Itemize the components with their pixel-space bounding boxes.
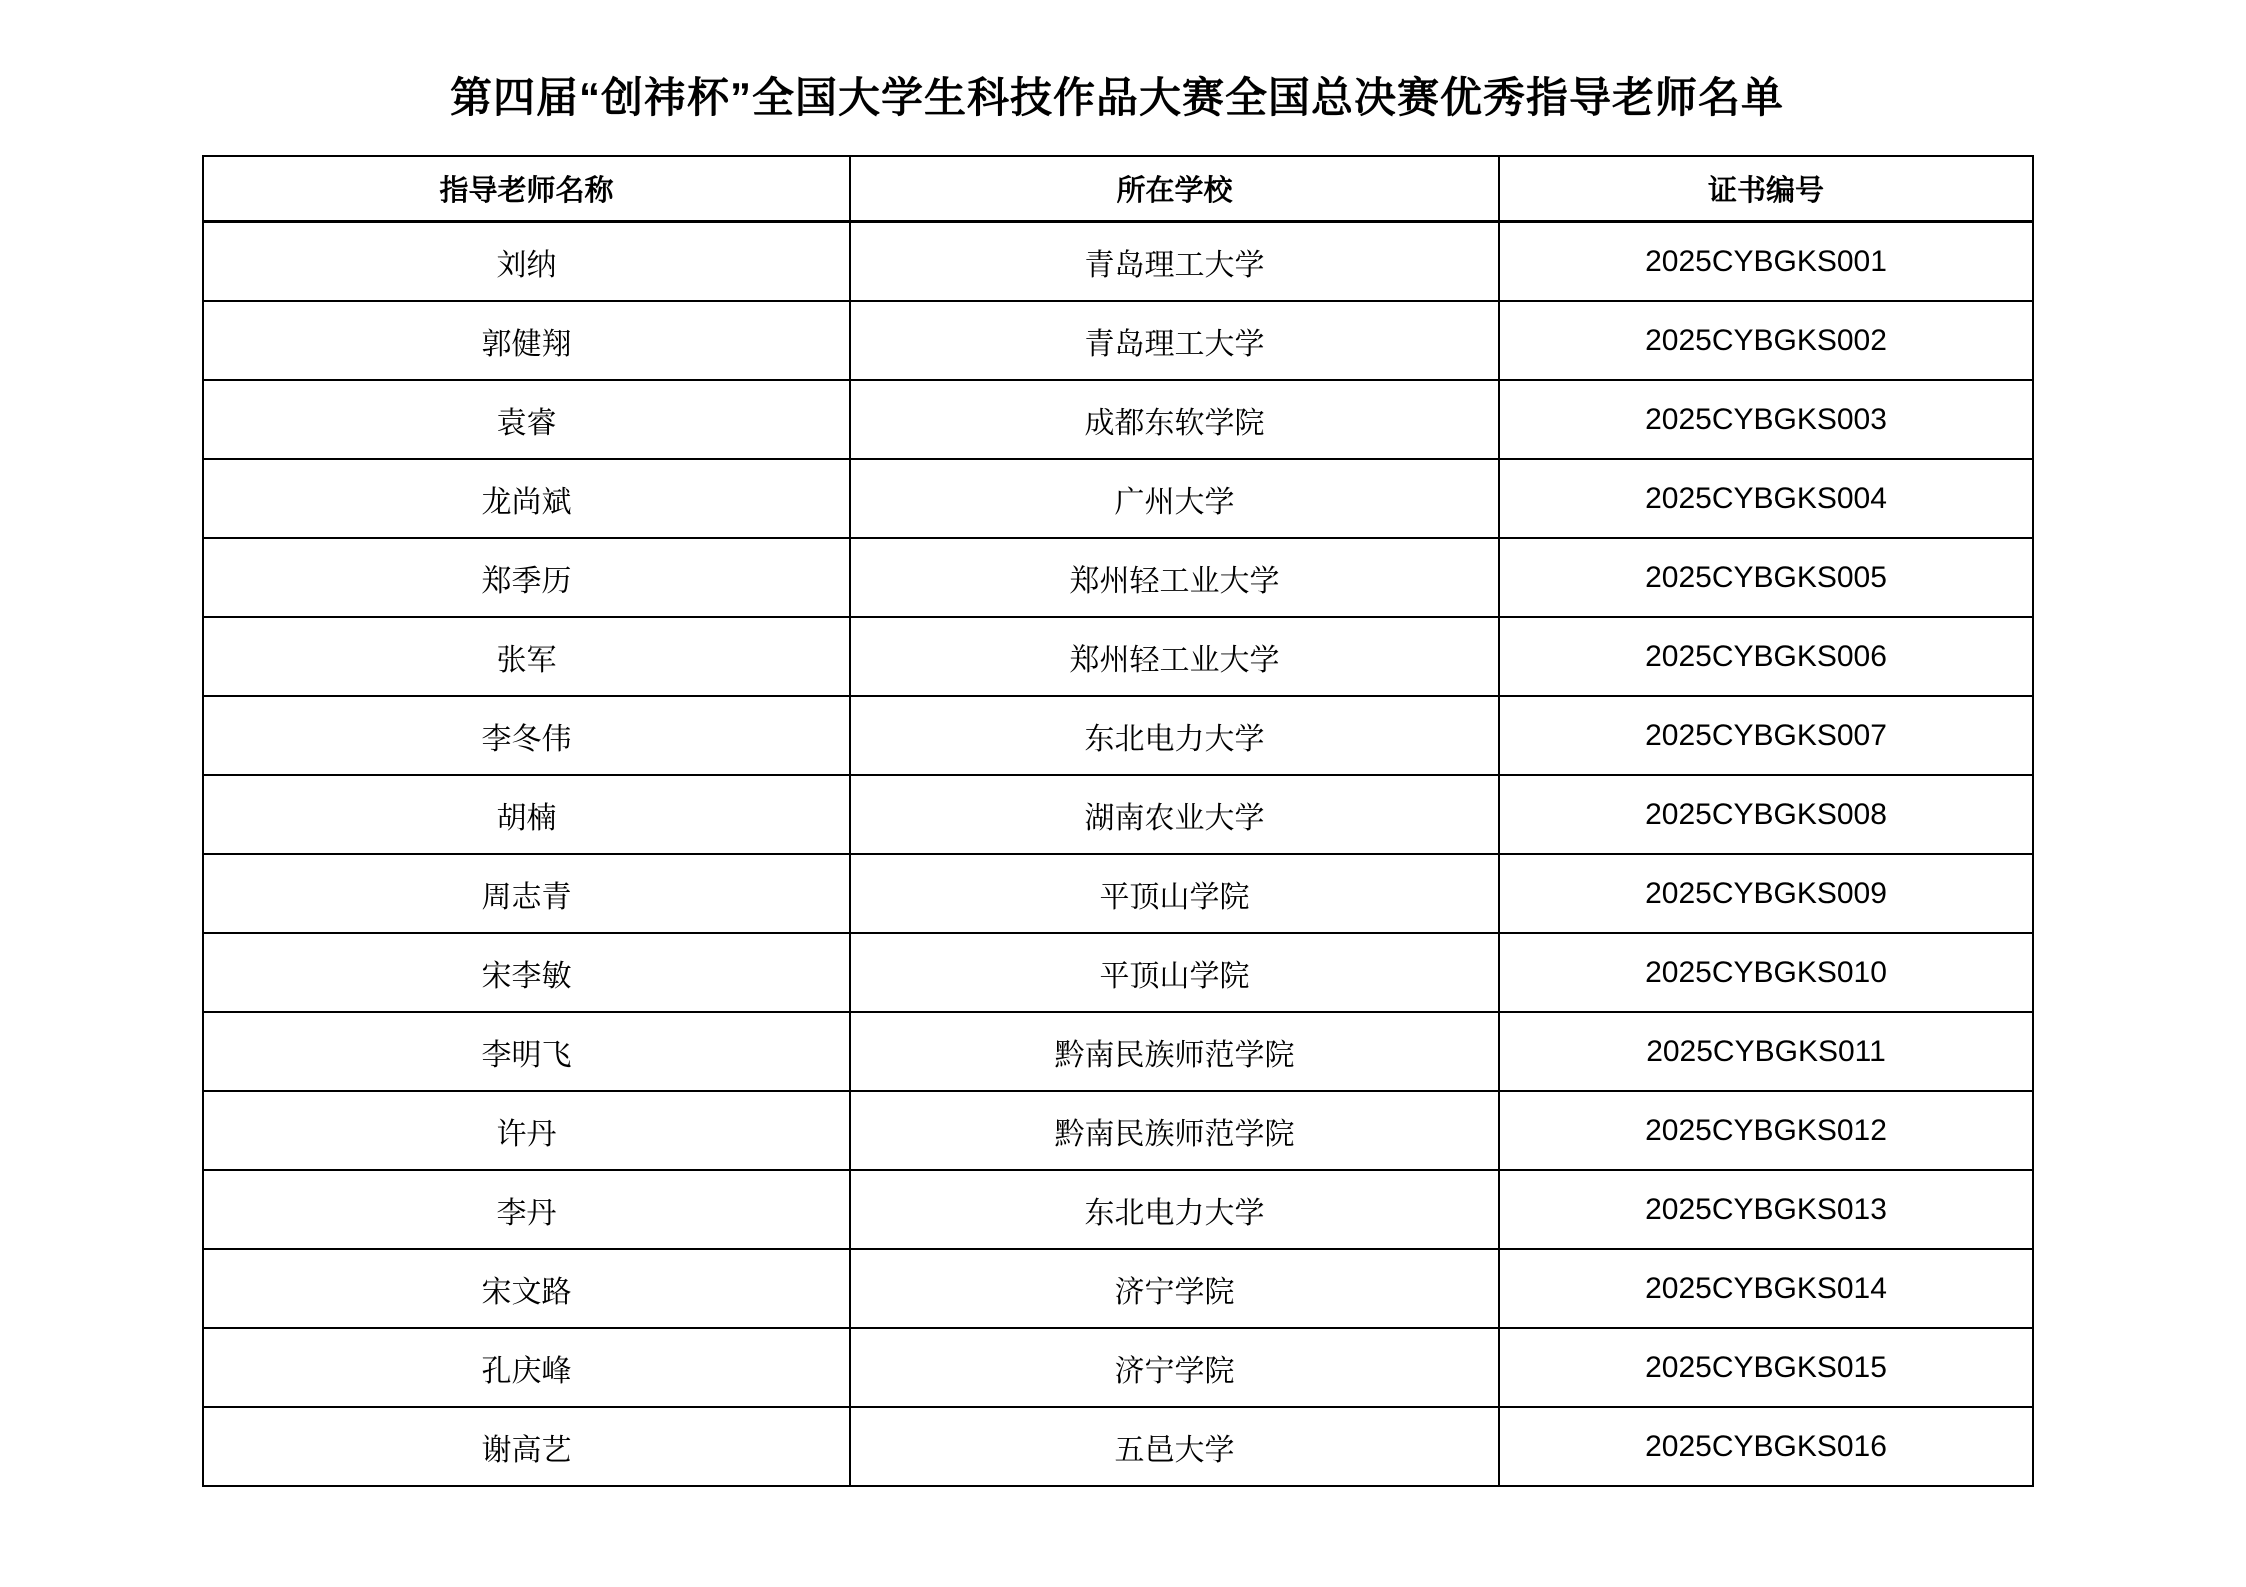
certificate-cell: 2025CYBGKS001 [1499, 222, 2033, 302]
header-cell-certificate-number: 证书编号 [1499, 156, 2033, 222]
table-header-row: 指导老师名称 所在学校 证书编号 [203, 156, 2033, 222]
certificate-cell: 2025CYBGKS008 [1499, 775, 2033, 854]
table-row: 龙尚斌广州大学2025CYBGKS004 [203, 459, 2033, 538]
teacher-name-cell: 周志青 [203, 854, 850, 933]
table-row: 袁睿成都东软学院2025CYBGKS003 [203, 380, 2033, 459]
table-row: 宋文路济宁学院2025CYBGKS014 [203, 1249, 2033, 1328]
certificate-cell: 2025CYBGKS003 [1499, 380, 2033, 459]
teacher-name-cell: 郭健翔 [203, 301, 850, 380]
school-cell: 东北电力大学 [850, 1170, 1499, 1249]
certificate-cell: 2025CYBGKS010 [1499, 933, 2033, 1012]
school-cell: 平顶山学院 [850, 933, 1499, 1012]
table-row: 谢高艺五邑大学2025CYBGKS016 [203, 1407, 2033, 1486]
page-title: 第四届“创祎杯”全国大学生科技作品大赛全国总决赛优秀指导老师名单 [202, 0, 2032, 124]
certificate-cell: 2025CYBGKS011 [1499, 1012, 2033, 1091]
teacher-name-cell: 李明飞 [203, 1012, 850, 1091]
school-cell: 湖南农业大学 [850, 775, 1499, 854]
school-cell: 成都东软学院 [850, 380, 1499, 459]
table-row: 周志青平顶山学院2025CYBGKS009 [203, 854, 2033, 933]
teacher-name-cell: 孔庆峰 [203, 1328, 850, 1407]
table-row: 宋李敏平顶山学院2025CYBGKS010 [203, 933, 2033, 1012]
school-cell: 青岛理工大学 [850, 222, 1499, 302]
certificate-cell: 2025CYBGKS014 [1499, 1249, 2033, 1328]
school-cell: 济宁学院 [850, 1328, 1499, 1407]
table-body: 刘纳青岛理工大学2025CYBGKS001郭健翔青岛理工大学2025CYBGKS… [203, 222, 2033, 1487]
school-cell: 郑州轻工业大学 [850, 617, 1499, 696]
certificate-cell: 2025CYBGKS002 [1499, 301, 2033, 380]
certificate-cell: 2025CYBGKS007 [1499, 696, 2033, 775]
table-row: 许丹黔南民族师范学院2025CYBGKS012 [203, 1091, 2033, 1170]
table-row: 刘纳青岛理工大学2025CYBGKS001 [203, 222, 2033, 302]
teacher-name-cell: 胡楠 [203, 775, 850, 854]
certificate-cell: 2025CYBGKS012 [1499, 1091, 2033, 1170]
certificate-cell: 2025CYBGKS016 [1499, 1407, 2033, 1486]
certificate-cell: 2025CYBGKS009 [1499, 854, 2033, 933]
certificate-cell: 2025CYBGKS013 [1499, 1170, 2033, 1249]
school-cell: 黔南民族师范学院 [850, 1012, 1499, 1091]
certificate-cell: 2025CYBGKS006 [1499, 617, 2033, 696]
teacher-name-cell: 宋李敏 [203, 933, 850, 1012]
school-cell: 黔南民族师范学院 [850, 1091, 1499, 1170]
table-row: 孔庆峰济宁学院2025CYBGKS015 [203, 1328, 2033, 1407]
table-row: 张军郑州轻工业大学2025CYBGKS006 [203, 617, 2033, 696]
table-row: 郑季历郑州轻工业大学2025CYBGKS005 [203, 538, 2033, 617]
teacher-name-cell: 宋文路 [203, 1249, 850, 1328]
table-row: 李丹东北电力大学2025CYBGKS013 [203, 1170, 2033, 1249]
school-cell: 青岛理工大学 [850, 301, 1499, 380]
teacher-name-cell: 许丹 [203, 1091, 850, 1170]
school-cell: 五邑大学 [850, 1407, 1499, 1486]
teacher-name-cell: 李丹 [203, 1170, 850, 1249]
header-cell-teacher-name: 指导老师名称 [203, 156, 850, 222]
teacher-name-cell: 张军 [203, 617, 850, 696]
school-cell: 东北电力大学 [850, 696, 1499, 775]
table-row: 李明飞黔南民族师范学院2025CYBGKS011 [203, 1012, 2033, 1091]
teacher-name-cell: 袁睿 [203, 380, 850, 459]
school-cell: 广州大学 [850, 459, 1499, 538]
school-cell: 济宁学院 [850, 1249, 1499, 1328]
table-row: 李冬伟东北电力大学2025CYBGKS007 [203, 696, 2033, 775]
header-cell-school: 所在学校 [850, 156, 1499, 222]
teachers-table: 指导老师名称 所在学校 证书编号 刘纳青岛理工大学2025CYBGKS001郭健… [202, 155, 2034, 1487]
title-table-spacer [202, 124, 2032, 155]
certificate-cell: 2025CYBGKS015 [1499, 1328, 2033, 1407]
document-page: 第四届“创祎杯”全国大学生科技作品大赛全国总决赛优秀指导老师名单 指导老师名称 … [0, 0, 2246, 1587]
school-cell: 平顶山学院 [850, 854, 1499, 933]
teacher-name-cell: 谢高艺 [203, 1407, 850, 1486]
teacher-name-cell: 李冬伟 [203, 696, 850, 775]
teacher-name-cell: 刘纳 [203, 222, 850, 302]
teacher-name-cell: 龙尚斌 [203, 459, 850, 538]
school-cell: 郑州轻工业大学 [850, 538, 1499, 617]
document-content: 第四届“创祎杯”全国大学生科技作品大赛全国总决赛优秀指导老师名单 指导老师名称 … [202, 0, 2032, 1487]
table-row: 胡楠湖南农业大学2025CYBGKS008 [203, 775, 2033, 854]
certificate-cell: 2025CYBGKS005 [1499, 538, 2033, 617]
teacher-name-cell: 郑季历 [203, 538, 850, 617]
certificate-cell: 2025CYBGKS004 [1499, 459, 2033, 538]
table-row: 郭健翔青岛理工大学2025CYBGKS002 [203, 301, 2033, 380]
